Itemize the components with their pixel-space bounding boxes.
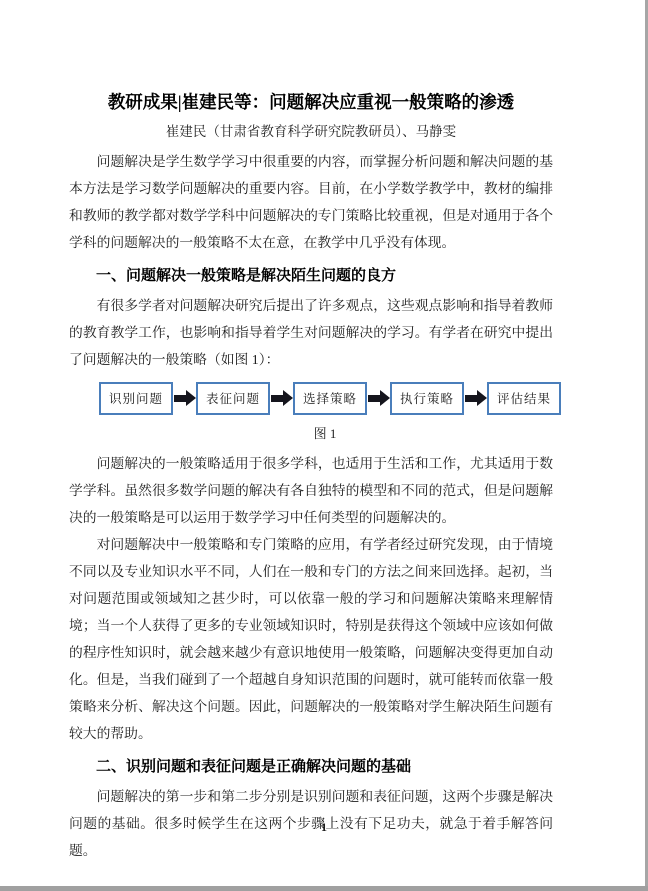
flow-step-evaluate-result: 评估结果: [487, 382, 561, 415]
figure-caption: 图 1: [83, 425, 567, 443]
document-page: 教研成果|崔建民等：问题解决应重视一般策略的渗透 崔建民（甘肃省教育科学研究院教…: [0, 0, 648, 891]
paragraph-2: 问题解决的一般策略适用于很多学科，也适用于生活和工作，尤其适用于数学学科。虽然很…: [69, 450, 553, 531]
right-arrow-icon: [174, 382, 195, 415]
paragraph-intro: 问题解决是学生数学学习中很重要的内容，而掌握分析问题和解决问题的基本方法是学习数…: [69, 148, 553, 256]
document-content: 教研成果|崔建民等：问题解决应重视一般策略的渗透 崔建民（甘肃省教育科学研究院教…: [69, 90, 553, 864]
flow-step-represent-problem: 表征问题: [196, 382, 270, 415]
arrow-shaft: [465, 395, 478, 402]
paragraph-1: 有很多学者对问题解决研究后提出了许多观点，这些观点影响和指导着教师的教育教学工作…: [69, 292, 553, 373]
right-arrow-icon: [271, 382, 292, 415]
arrow-shaft: [174, 395, 187, 402]
paragraph-3: 对问题解决中一般策略和专门策略的应用，有学者经过研究发现，由于情境不同以及专业知…: [69, 531, 553, 747]
section-heading-2: 二、识别问题和表征问题是正确解决问题的基础: [69, 754, 553, 781]
figure-flowchart: 识别问题 表征问题 选择策略 执行策略 评估结果: [99, 380, 561, 416]
section-heading-1: 一、问题解决一般策略是解决陌生问题的良方: [69, 263, 553, 290]
arrow-shaft: [271, 395, 284, 402]
right-arrow-icon: [368, 382, 389, 415]
right-arrow-icon: [465, 382, 486, 415]
page-edge-bottom: [0, 886, 648, 891]
flow-step-identify-problem: 识别问题: [99, 382, 173, 415]
arrow-shaft: [368, 395, 381, 402]
author-line: 崔建民（甘肃省教育科学研究院教研员）、马静雯: [69, 122, 553, 141]
flow-step-execute-strategy: 执行策略: [390, 382, 464, 415]
page-number: 1: [0, 820, 648, 835]
document-title: 教研成果|崔建民等：问题解决应重视一般策略的渗透: [69, 90, 553, 114]
flow-step-select-strategy: 选择策略: [293, 382, 367, 415]
